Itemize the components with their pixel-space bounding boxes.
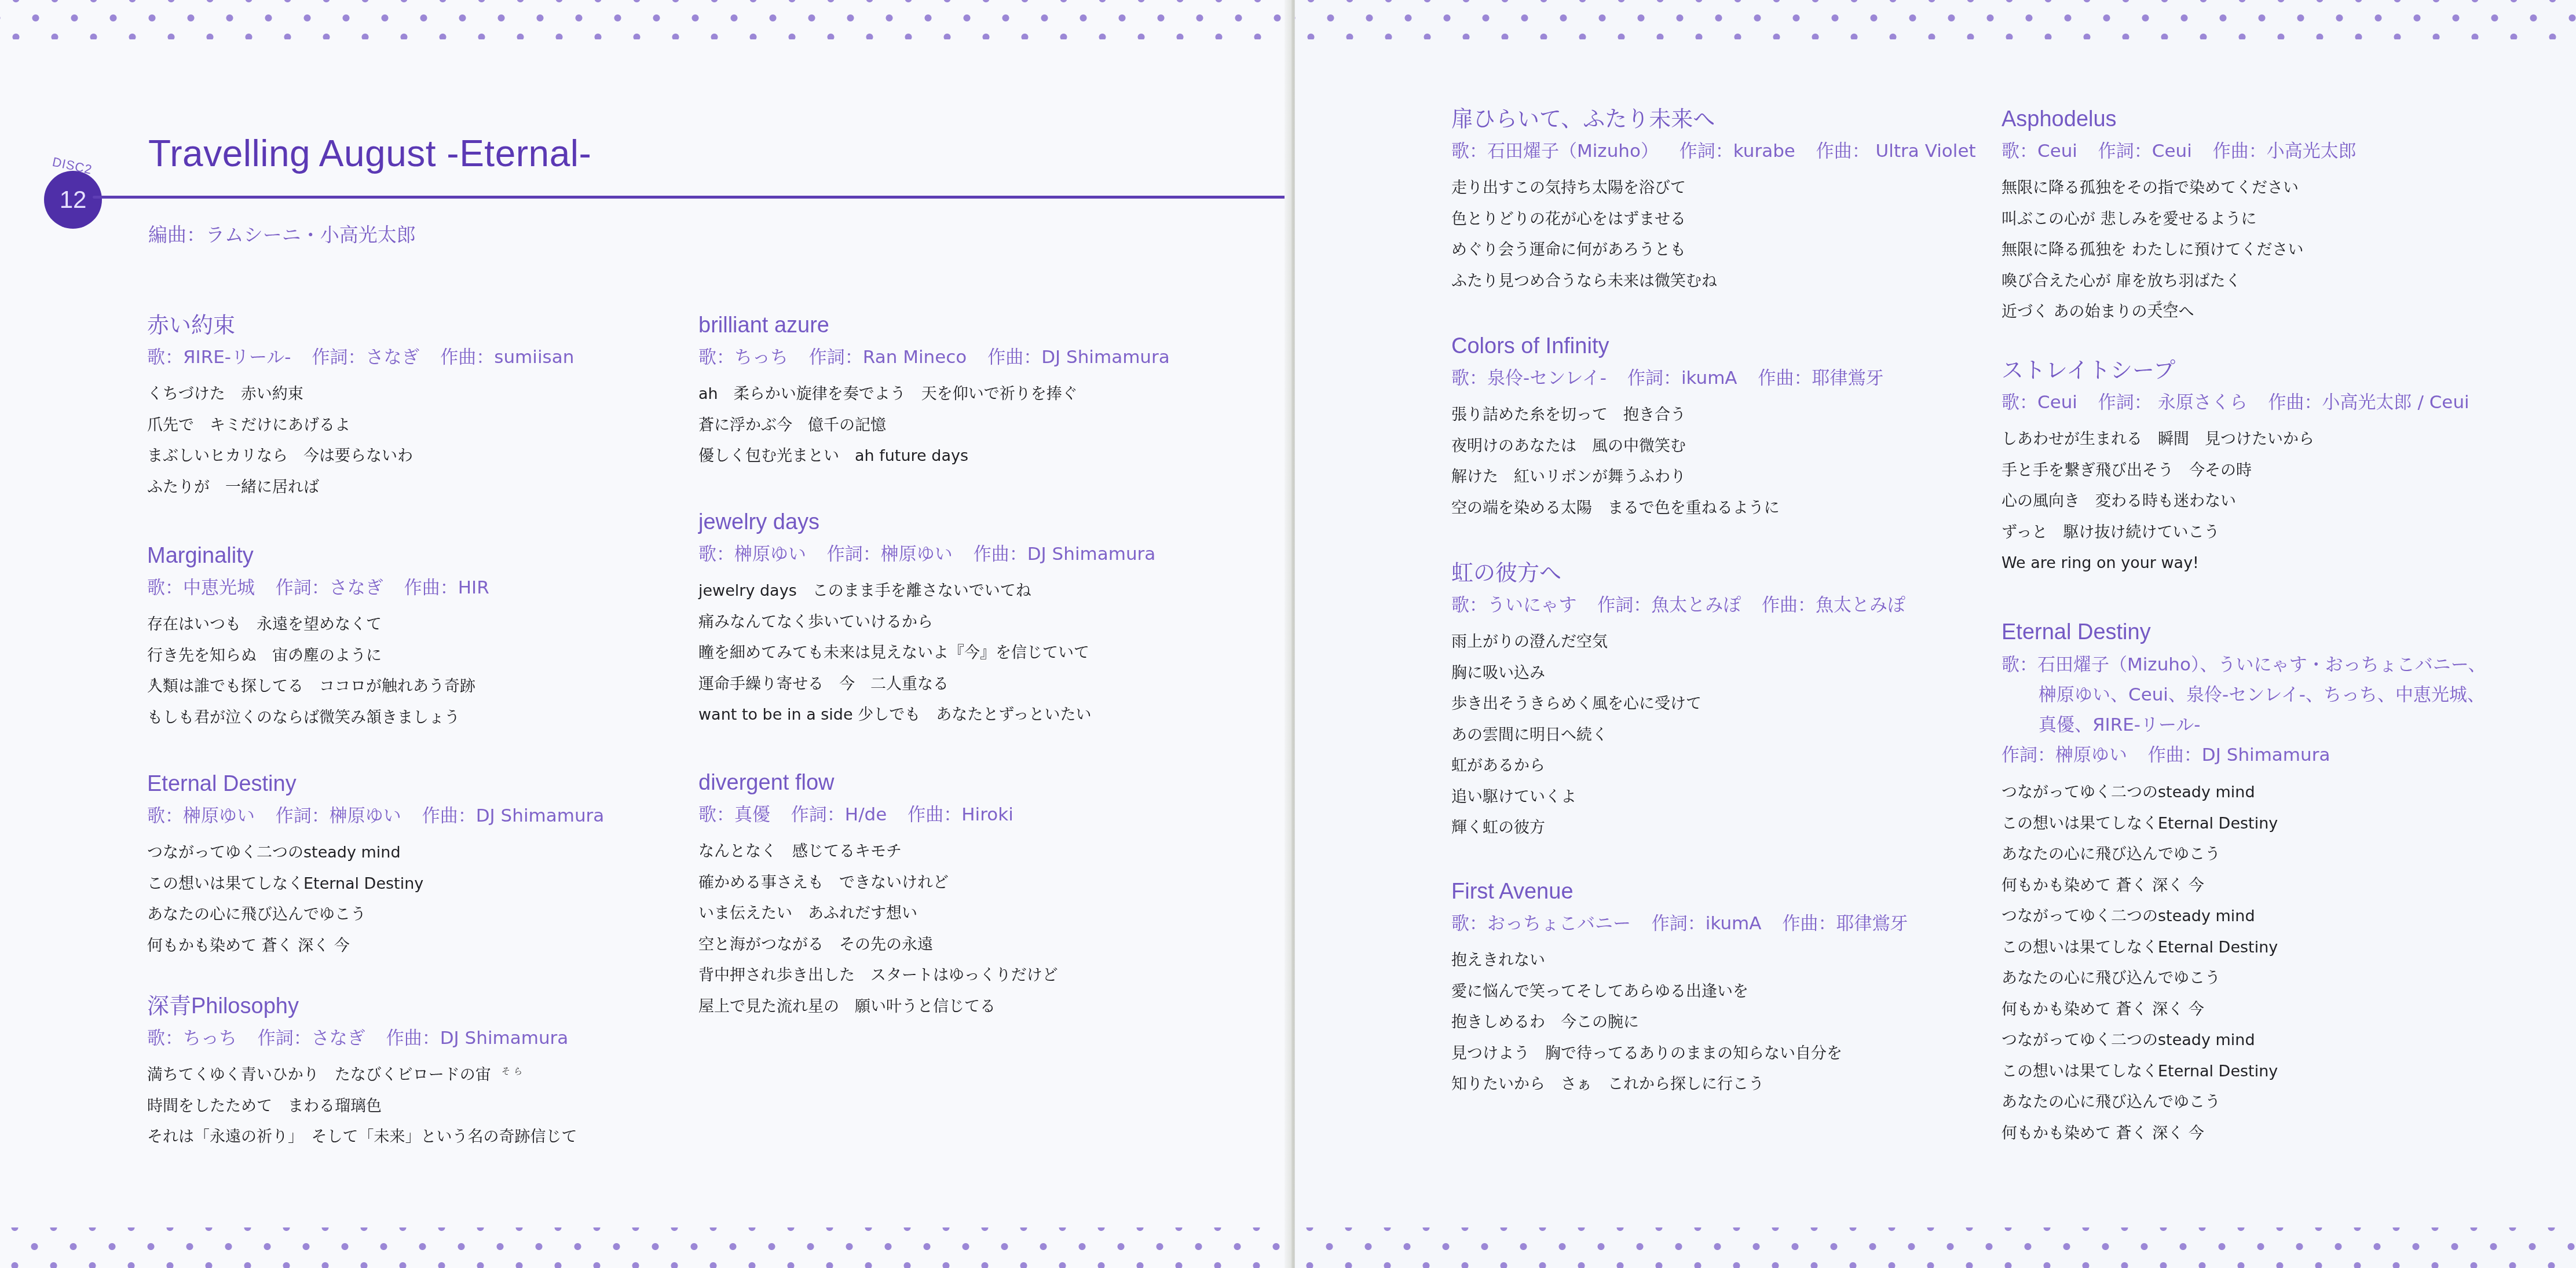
lyric-line: ah 柔らかい旋律を奏でよう 天を仰いで祈りを捧ぐ: [698, 379, 1170, 410]
lyric-line: 叫ぶこの心が 悲しみを愛せるように: [2001, 204, 2357, 235]
song-title: brilliant azure: [698, 310, 1170, 340]
lyric-line: 追い駆けていくよ: [1451, 782, 1905, 813]
lyric-line: 何もかも染めて 蒼く 深く 今: [2001, 870, 2486, 901]
singer-credit: 歌：おっちょこバニー: [1451, 913, 1631, 934]
lyric-line: この想いは果てしなくEternal Destiny: [2001, 932, 2486, 963]
lyric-line: want to be in a side 少しでも あなたとずっといたい: [698, 699, 1155, 731]
song-title: Asphodelus: [2001, 104, 2357, 134]
singer-credit-continued: 真優、ЯIRE-リール-: [2001, 710, 2486, 740]
singer-credit: 歌：石田燿子（Mizuho）: [1451, 141, 1659, 162]
lyrics: jewelry days このまま手を離さないでいてね 痛みなんてなく歩いていけ…: [698, 576, 1155, 731]
lyric-line: あなたの心に飛び込んでゆこう: [147, 899, 604, 930]
singer-credit: 歌：ちっち: [698, 347, 788, 368]
lyricist-credit: 作詞：Ran Mineco: [809, 347, 967, 368]
lyric-line: 背中押され歩き出した スタートはゆっくりだけど: [698, 960, 1058, 991]
lyric-line: この想いは果てしなくEternal Destiny: [2001, 1056, 2486, 1087]
lyric-line: 張り詰めた糸を切って 抱き合う: [1451, 400, 1883, 431]
lyric-line: 屋上で見た流れ星の 願い叶うと信じてる: [698, 991, 1058, 1023]
lyric-text: 人類は誰でも探してる ココロが触れあう奇跡: [147, 677, 475, 695]
lyric-line: 手と手を繋ぎ飛び出そう 今その時: [2001, 455, 2469, 486]
lyric-line: 見つけよう 胸で待ってるありのままの知らない自分を: [1451, 1038, 1908, 1069]
song-block: ストレイトシープ 歌：Ceui 作詞： 永原さくら 作曲：小高光太郎 / Ceu…: [2001, 356, 2469, 579]
composer-credit: 作曲：DJ Shimamura: [974, 544, 1156, 565]
song-block: Eternal Destiny 歌：石田燿子（Mizuho）、ういにゃす・おっち…: [2001, 617, 2486, 1149]
song-title: divergent flow: [698, 768, 1058, 798]
lyric-line: あなたの心に飛び込んでゆこう: [2001, 839, 2486, 870]
lyricist-credit: 作詞：さなぎ: [258, 1028, 365, 1049]
lyric-line: くちづけた 赤い約束: [147, 379, 574, 410]
song-block: Marginality 歌：中恵光城 作詞：さなぎ 作曲：HIR 存在はいつも …: [147, 541, 489, 733]
song-credits: 歌：Ceui 作詞： 永原さくら 作曲：小高光太郎 / Ceui: [2001, 388, 2469, 417]
ruby-annotation: め: [702, 634, 714, 665]
lyrics: 張り詰めた糸を切って 抱き合う 夜明けのあなたは 風の中微笑む 解けた 紅いリボ…: [1451, 400, 1883, 523]
lyric-line: 無限に降る孤独をその指で染めてください: [2001, 173, 2357, 204]
lyric-line: この想いは果てしなくEternal Destiny: [2001, 808, 2486, 840]
song-credits: 歌：ういにゃす 作詞：魚太とみぽ 作曲：魚太とみぽ: [1451, 591, 1905, 620]
lyric-line: 抱えきれない: [1451, 945, 1908, 976]
singer-credit: 歌：ЯIRE-リール-: [147, 347, 291, 368]
lyrics: なんとなく 感じてるキモチ 確かめる事さえも できないけれど いま伝えたい あふ…: [698, 836, 1058, 1022]
lyric-line: あの雲間に明日へ続く: [1451, 720, 1905, 751]
lyricist-credit: 作詞：さなぎ: [276, 577, 383, 598]
lyric-line: つながってゆく二つのsteady mind: [2001, 901, 2486, 932]
song-title: Eternal Destiny: [147, 769, 604, 799]
song-credits: 歌：Ceui 作詞：Ceui 作曲：小高光太郎: [2001, 137, 2357, 166]
right-page: 扉ひらいて、ふたり未来へ 歌：石田燿子（Mizuho） 作詞：kurabe 作曲…: [1295, 0, 2576, 1268]
lyrics: 雨上がりの澄んだ空気 胸に吸い込み 歩き出そうきらめく風を心に受けて あの雲間に…: [1451, 626, 1905, 844]
lyric-line: 爪先で キミだけにあげるよ: [147, 410, 574, 441]
dot-border-bottom-left: [0, 1227, 1291, 1268]
lyricist-credit: 作詞： 永原さくら: [2098, 392, 2248, 413]
lyric-line: 確かめる事さえも できないけれど: [698, 867, 1058, 899]
lyric-line: そら行き先を知らぬ 宙の塵のように: [147, 640, 489, 672]
lyric-text: 満ちてくゆく青いひかり たなびくビロードの宙: [147, 1066, 491, 1084]
singer-credit: 歌：泉伶-センレイ-: [1451, 368, 1607, 389]
lyrics: しあわせが生まれる 瞬間 見つけたいから 手と手を繋ぎ飛び出そう 今その時 心の…: [2001, 424, 2469, 579]
song-credits: 歌：ЯIRE-リール- 作詞：さなぎ 作曲：sumiisan: [147, 343, 574, 372]
singer-credit: 歌：ちっち: [147, 1028, 237, 1049]
lyric-line: 存在はいつも 永遠を望めなくて: [147, 609, 489, 640]
lyric-line: 空と海がつながる その先の永遠: [698, 929, 1058, 961]
composer-credit: 作曲：DJ Shimamura: [987, 347, 1170, 368]
lyric-line: つながってゆく二つのsteady mind: [2001, 1025, 2486, 1056]
composer-credit: 作曲：小高光太郎 / Ceui: [2268, 392, 2469, 413]
lyric-line: 空の端を染める太陽 まるで色を重ねるように: [1451, 493, 1883, 524]
lyrics: つながってゆく二つのsteady mind この想いは果てしなくEternal …: [147, 837, 604, 961]
composer-credit: 作曲：耶律鴬牙: [1782, 913, 1908, 934]
lyric-line: 雨上がりの澄んだ空気: [1451, 626, 1905, 658]
composer-credit: 作曲： Ultra Violet: [1816, 141, 1976, 162]
lyric-line: ひと人類は誰でも探してる ココロが触れあう奇跡: [147, 671, 489, 702]
composer-credit: 作曲：小高光太郎: [2213, 141, 2357, 162]
lyricist-credit: 作詞：Ceui: [2098, 141, 2192, 162]
singer-credit: 歌：真優: [698, 804, 770, 825]
song-title: jewelry days: [698, 507, 1155, 537]
lyric-line: もしも君が泣くのならば微笑み頷きましょう: [147, 702, 489, 734]
song-credits: 歌：真優 作詞：H/de 作曲：Hiroki: [698, 800, 1058, 829]
lyric-line: 運命手繰り寄せる 今 二人重なる: [698, 669, 1155, 700]
ruby-annotation: そら: [2154, 289, 2179, 321]
song-block: 深青Philosophy 歌：ちっち 作詞：さなぎ 作曲：DJ Shimamur…: [147, 991, 577, 1153]
lyric-line: 優しく包む光まとい ah future days: [698, 441, 1170, 472]
song-credits: 歌：泉伶-センレイ- 作詞：ikumA 作曲：耶律鴬牙: [1451, 364, 1883, 393]
lyricist-credit: 作詞：ikumA: [1652, 913, 1762, 934]
lyric-line: この想いは果てしなくEternal Destiny: [147, 868, 604, 900]
song-credits: 歌：中恵光城 作詞：さなぎ 作曲：HIR: [147, 573, 489, 602]
song-title: Colors of Infinity: [1451, 331, 1883, 361]
lyric-line: 虹があるから: [1451, 750, 1905, 782]
song-block: 扉ひらいて、ふたり未来へ 歌：石田燿子（Mizuho） 作詞：kurabe 作曲…: [1451, 104, 1976, 296]
arranger-credit: 編曲：ラムシーニ・小高光太郎: [148, 220, 416, 247]
lyric-text: 瞳を細めてみても未来は見えないよ『今』を信じていて: [698, 644, 1089, 662]
dot-border-bottom-right: [1295, 1227, 2576, 1268]
lyrics: 存在はいつも 永遠を望めなくて そら行き先を知らぬ 宙の塵のように ひと人類は誰…: [147, 609, 489, 733]
singer-credit: 歌：ういにゃす: [1451, 595, 1576, 615]
lyric-line: 喚び合えた心が 扉を放ち羽ばたく: [2001, 266, 2357, 297]
lyric-line: め瞳を細めてみても未来は見えないよ『今』を信じていて: [698, 637, 1155, 669]
lyric-line: 時間をしたためて まわる瑠璃色: [147, 1091, 577, 1122]
lyric-line: つながってゆく二つのsteady mind: [147, 837, 604, 868]
lyric-line: 心の風向き 変わる時も迷わない: [2001, 486, 2469, 517]
lyric-line: 夜明けのあなたは 風の中微笑む: [1451, 431, 1883, 462]
ruby-annotation: ひと: [149, 668, 174, 699]
composer-credit: 作曲：耶律鴬牙: [1758, 368, 1883, 389]
lyric-line: 知りたいから さぁ これから探しに行こう: [1451, 1069, 1908, 1100]
ruby-annotation: そら: [502, 1056, 526, 1087]
lyric-line: なんとなく 感じてるキモチ: [698, 836, 1058, 867]
lyricist-credit: 作詞：ikumA: [1627, 368, 1737, 389]
lyric-line: つながってゆく二つのsteady mind: [2001, 777, 2486, 808]
lyrics: そら満ちてくゆく青いひかり たなびくビロードの宙 時間をしたためて まわる瑠璃色…: [147, 1060, 577, 1153]
lyric-line: 色とりどりの花が心をはずませる: [1451, 204, 1976, 235]
singer-credit: 歌：榊原ゆい: [147, 805, 255, 826]
song-credits: 歌：石田燿子（Mizuho） 作詞：kurabe 作曲： Ultra Viole…: [1451, 137, 1976, 166]
song-title: Eternal Destiny: [2001, 617, 2486, 647]
lyric-line: ずっと 駆け抜け続けていこう: [2001, 517, 2469, 548]
song-title: 赤い約束: [147, 310, 574, 340]
song-credits: 歌：石田燿子（Mizuho）、ういにゃす・おっちょこバニー、 榊原ゆい、Ceui…: [2001, 650, 2486, 770]
lyric-line: ふたり見つめ合うなら未来は微笑むね: [1451, 266, 1976, 297]
song-block: Colors of Infinity 歌：泉伶-センレイ- 作詞：ikumA 作…: [1451, 331, 1883, 523]
lyric-line: 抱きしめるわ 今この腕に: [1451, 1007, 1908, 1038]
lyric-line: あなたの心に飛び込んでゆこう: [2001, 963, 2486, 994]
lyricist-credit: 作詞：H/de: [791, 804, 887, 825]
composer-credit: 作曲：DJ Shimamura: [2148, 745, 2330, 765]
lyric-line: 解けた 紅いリボンが舞うふわり: [1451, 461, 1883, 493]
song-credits: 歌：おっちょこバニー 作詞：ikumA 作曲：耶律鴬牙: [1451, 909, 1908, 938]
composer-credit: 作曲：sumiisan: [440, 347, 574, 368]
song-block: Eternal Destiny 歌：榊原ゆい 作詞：榊原ゆい 作曲：DJ Shi…: [147, 769, 604, 961]
song-block: Asphodelus 歌：Ceui 作詞：Ceui 作曲：小高光太郎 無限に降る…: [2001, 104, 2357, 328]
lyric-line: ふたりが 一緒に居れば: [147, 472, 574, 503]
singer-credit: 歌：Ceui: [2001, 141, 2077, 162]
lyrics: ah 柔らかい旋律を奏でよう 天を仰いで祈りを捧ぐ 蒼に浮かぶ今 億千の記憶 優…: [698, 379, 1170, 472]
song-credits: 歌：ちっち 作詞：さなぎ 作曲：DJ Shimamura: [147, 1024, 577, 1053]
lyricist-credit: 作詞：kurabe: [1679, 141, 1795, 162]
lyric-line: 走り出すこの気持ち太陽を浴びて: [1451, 173, 1976, 204]
song-block: 赤い約束 歌：ЯIRE-リール- 作詞：さなぎ 作曲：sumiisan くちづけ…: [147, 310, 574, 503]
lyric-line: それは「永遠の祈り」 そして「未来」という名の奇跡信じて: [147, 1122, 577, 1153]
singer-credit-continued: 榊原ゆい、Ceui、泉伶-センレイ-、ちっち、中恵光城、: [2001, 680, 2486, 710]
lyric-text: 行き先を知らぬ 宙の塵のように: [147, 647, 382, 665]
lyric-line: あなたの心に飛び込んでゆこう: [2001, 1087, 2486, 1118]
lyricist-credit: 作詞：榊原ゆい: [276, 805, 401, 826]
track-number-badge: 12: [44, 171, 102, 229]
song-title: Marginality: [147, 541, 489, 571]
lyric-line: そら近づく あの始まりの天空へ: [2001, 296, 2357, 328]
lyric-line: しあわせが生まれる 瞬間 見つけたいから: [2001, 424, 2469, 455]
song-block: divergent flow 歌：真優 作詞：H/de 作曲：Hiroki なん…: [698, 768, 1058, 1022]
title-divider: [93, 196, 1286, 199]
song-block: First Avenue 歌：おっちょこバニー 作詞：ikumA 作曲：耶律鴬牙…: [1451, 877, 1908, 1100]
song-block: brilliant azure 歌：ちっち 作詞：Ran Mineco 作曲：D…: [698, 310, 1170, 472]
lyrics: 抱えきれない 愛に悩んで笑ってそしてあらゆる出逢いを 抱きしめるわ 今この腕に …: [1451, 945, 1908, 1100]
composer-credit: 作曲：HIR: [404, 577, 489, 598]
composer-credit: 作曲：魚太とみぽ: [1762, 595, 1905, 615]
song-title: ストレイトシープ: [2001, 356, 2469, 386]
lyric-line: 歩き出そうきらめく風を心に受けて: [1451, 688, 1905, 720]
song-title: First Avenue: [1451, 877, 1908, 907]
dot-border-top-right: [1295, 0, 2576, 39]
song-title: 虹の彼方へ: [1451, 558, 1905, 588]
lyric-line: そら満ちてくゆく青いひかり たなびくビロードの宙: [147, 1060, 577, 1091]
dot-border-top-left: [0, 0, 1291, 39]
lyric-line: 何もかも染めて 蒼く 深く 今: [2001, 1118, 2486, 1149]
lyric-line: 愛に悩んで笑ってそしてあらゆる出逢いを: [1451, 976, 1908, 1007]
lyricist-credit: 作詞：さなぎ: [312, 347, 419, 368]
singer-credit: 歌：Ceui: [2001, 392, 2077, 413]
song-block: 虹の彼方へ 歌：ういにゃす 作詞：魚太とみぽ 作曲：魚太とみぽ 雨上がりの澄んだ…: [1451, 558, 1905, 844]
lyric-line: めぐり会う運命に何があろうとも: [1451, 234, 1976, 266]
song-credits: 歌：榊原ゆい 作詞：榊原ゆい 作曲：DJ Shimamura: [698, 540, 1155, 569]
lyric-line: We are ring on your way!: [2001, 548, 2469, 579]
lyricist-credit: 作詞：榊原ゆい: [827, 544, 953, 565]
lyrics: くちづけた 赤い約束 爪先で キミだけにあげるよ まぶしいヒカリなら 今は要らな…: [147, 379, 574, 503]
ruby-annotation: そら: [293, 637, 317, 668]
song-title: 深青Philosophy: [147, 991, 577, 1021]
lyrics: つながってゆく二つのsteady mind この想いは果てしなくEternal …: [2001, 777, 2486, 1149]
song-credits: 歌：ちっち 作詞：Ran Mineco 作曲：DJ Shimamura: [698, 343, 1170, 372]
lyrics: 無限に降る孤独をその指で染めてください 叫ぶこの心が 悲しみを愛せるように 無限…: [2001, 173, 2357, 328]
singer-credit: 歌：石田燿子（Mizuho）、ういにゃす・おっちょこバニー、: [2001, 650, 2486, 680]
composer-credit: 作曲：Hiroki: [908, 804, 1013, 825]
lyric-line: 何もかも染めて 蒼く 深く 今: [147, 930, 604, 962]
song-credits: 歌：榊原ゆい 作詞：榊原ゆい 作曲：DJ Shimamura: [147, 801, 604, 830]
lyric-line: 痛みなんてなく歩いていけるから: [698, 607, 1155, 638]
lyric-line: jewelry days このまま手を離さないでいてね: [698, 576, 1155, 607]
lyrics: 走り出すこの気持ち太陽を浴びて 色とりどりの花が心をはずませる めぐり会う運命に…: [1451, 173, 1976, 296]
lyric-line: いま伝えたい あふれだす想い: [698, 898, 1058, 929]
lyric-line: まぶしいヒカリなら 今は要らないわ: [147, 441, 574, 472]
lyric-line: 何もかも染めて 蒼く 深く 今: [2001, 994, 2486, 1025]
song-block: jewelry days 歌：榊原ゆい 作詞：榊原ゆい 作曲：DJ Shimam…: [698, 507, 1155, 731]
song-title: 扉ひらいて、ふたり未来へ: [1451, 104, 1976, 134]
lyricist-credit: 作詞：榊原ゆい: [2001, 745, 2127, 765]
lyricist-credit: 作詞：魚太とみぽ: [1597, 595, 1741, 615]
composer-credit: 作曲：DJ Shimamura: [386, 1028, 569, 1049]
lyric-line: 蒼に浮かぶ今 億千の記憶: [698, 410, 1170, 441]
singer-credit: 歌：榊原ゆい: [698, 544, 806, 565]
lyric-line: 無限に降る孤独を わたしに預けてください: [2001, 234, 2357, 266]
lyric-line: 輝く虹の彼方: [1451, 812, 1905, 844]
left-page: DISC2 12 Travelling August -Eternal- 編曲：…: [0, 0, 1291, 1268]
singer-credit: 歌：中恵光城: [147, 577, 255, 598]
lyric-line: 胸に吸い込み: [1451, 658, 1905, 689]
page-title: Travelling August -Eternal-: [148, 132, 591, 175]
composer-credit: 作曲：DJ Shimamura: [422, 805, 605, 826]
